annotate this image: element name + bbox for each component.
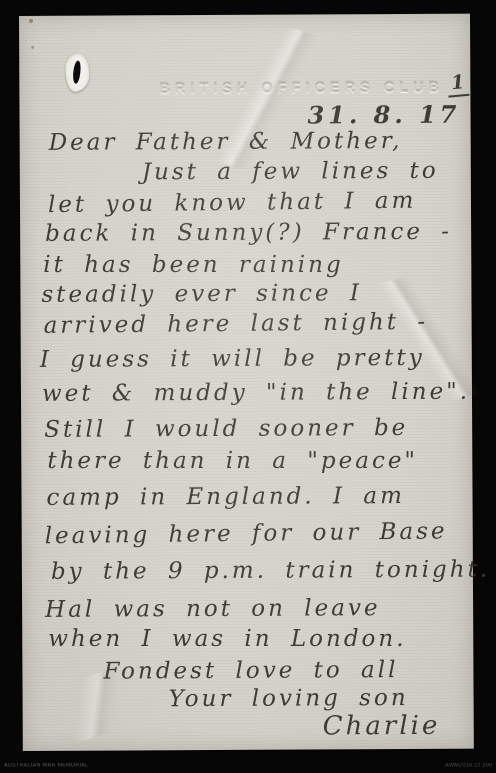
handwritten-line: Still I would sooner be [44, 415, 408, 443]
handwritten-line: back in Sunny(?) France - [45, 219, 452, 247]
handwritten-line: it has been raining [43, 252, 343, 278]
handwritten-line: arrived here last night - [43, 309, 428, 339]
paper-hole-tear [72, 60, 82, 84]
handwritten-line-salutation: Dear Father & Mother, [49, 128, 403, 156]
paper-speck [29, 19, 33, 23]
handwritten-line: let you know that I am [48, 188, 417, 218]
handwritten-line: leaving here for our Base [45, 518, 448, 549]
handwritten-line: camp in England. I am [46, 483, 405, 511]
handwritten-line: there than in a "peace" [47, 448, 418, 474]
letter-page: BRITISH OFFICERS CLUB 1 31. 8. 17 Dear F… [19, 14, 474, 751]
archive-reference: AWM2018 22 200 [445, 763, 492, 769]
handwritten-line: Just a few lines to [142, 158, 439, 186]
archive-credit: AUSTRALIAN WAR MEMORIAL [4, 763, 88, 769]
photo-background: BRITISH OFFICERS CLUB 1 31. 8. 17 Dear F… [0, 0, 496, 773]
page-number: 1 [446, 71, 469, 98]
handwritten-line-closing: Fondest love to all [103, 657, 398, 685]
handwritten-signature: Charlie [323, 711, 441, 742]
handwritten-line: when I was in London. [48, 626, 406, 652]
letter-date: 31. 8. 17 [307, 100, 460, 130]
letterhead-emboss: BRITISH OFFICERS CLUB [159, 80, 444, 97]
handwritten-line: Hal was not on leave [45, 595, 381, 623]
handwritten-line: wet & muddy "in the line". [42, 379, 470, 407]
handwritten-line-closing: Your loving son [169, 685, 409, 712]
handwritten-line: steadily ever since I [41, 280, 362, 308]
paper-hole [65, 54, 89, 92]
handwritten-line: by the 9 p.m. train tonight. [51, 557, 490, 585]
handwritten-line: I guess it will be pretty [40, 345, 425, 373]
paper-speck [31, 46, 34, 49]
